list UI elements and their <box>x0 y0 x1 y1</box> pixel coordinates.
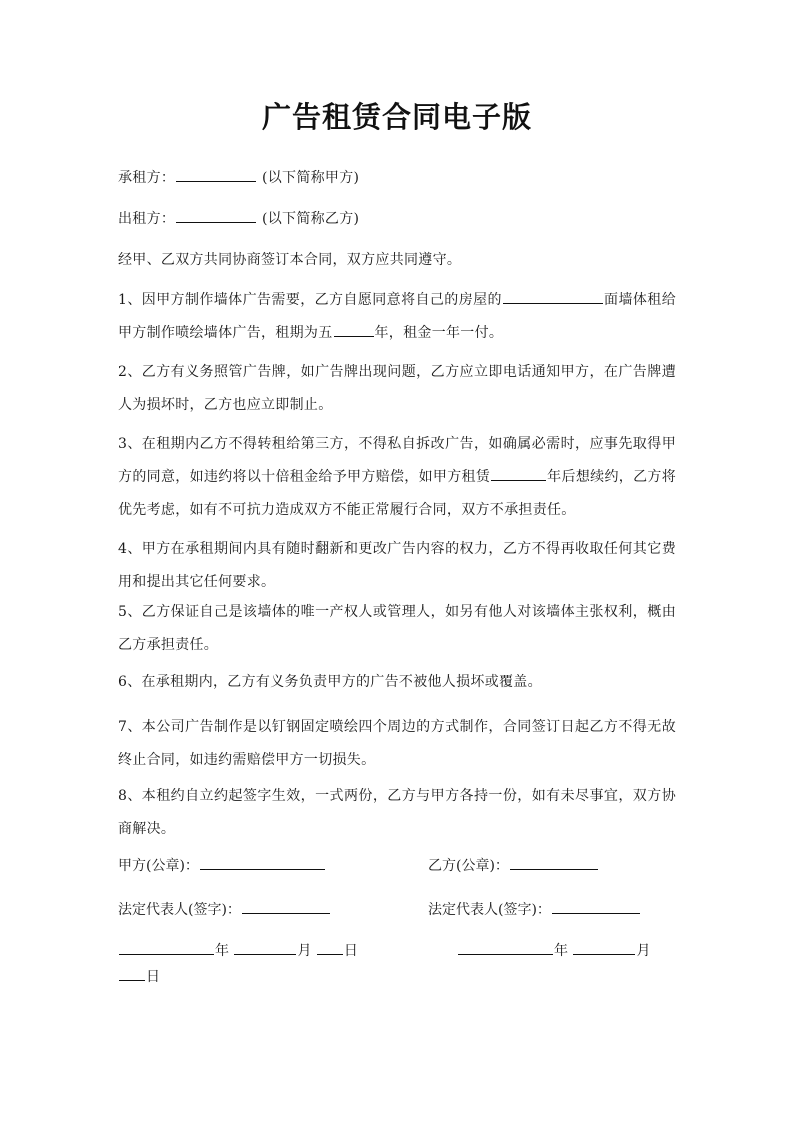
lessee-line: 承租方： (以下简称甲方) <box>118 167 359 188</box>
party-b-seal-blank <box>510 855 598 870</box>
month-label: 月 <box>297 943 311 959</box>
lease-term-blank <box>334 322 374 337</box>
party-b-year-blank <box>458 940 553 955</box>
party-a-year-blank <box>119 940 214 955</box>
document-title: 广告租赁合同电子版 <box>118 95 676 136</box>
party-b-month-blank <box>573 940 635 955</box>
lessee-label: 承租方： <box>118 170 175 186</box>
year-label: 年 <box>215 943 229 959</box>
lessor-note: (以下简称乙方) <box>262 211 359 227</box>
party-b-seal-label: 乙方(公章)： <box>428 858 509 874</box>
party-a-rep-label: 法定代表人(签字)： <box>118 902 241 918</box>
clause-8: 8、本租约自立约起签字生效，一式两份，乙方与甲方各持一份，如有未尽事宜，双方协商… <box>118 780 676 846</box>
party-a-seal-blank <box>200 855 325 870</box>
month-label: 月 <box>636 943 650 959</box>
party-a-seal-label: 甲方(公章)： <box>118 858 199 874</box>
clause-6: 6、在承租期内，乙方有义务负责甲方的广告不被他人损坏或覆盖。 <box>118 666 676 699</box>
clause-1: 1、因甲方制作墙体广告需要，乙方自愿同意将自己的房屋的面墙体租给甲方制作喷绘墙体… <box>118 284 676 350</box>
party-a-day-blank <box>317 940 343 955</box>
clause-5: 5、乙方保证自己是该墙体的唯一产权人或管理人，如另有他人对该墙体主张权利，概由乙… <box>118 596 676 662</box>
party-a-rep: 法定代表人(签字)： <box>118 899 331 920</box>
party-a-month-blank <box>234 940 296 955</box>
party-a-seal: 甲方(公章)： <box>118 855 326 876</box>
clause-1-text-a: 1、因甲方制作墙体广告需要，乙方自愿同意将自己的房屋的 <box>118 292 502 308</box>
lessor-line: 出租方： (以下简称乙方) <box>118 208 359 229</box>
day-label: 日 <box>344 943 358 959</box>
clause-7: 7、本公司广告制作是以钉钢固定喷绘四个周边的方式制作，合同签订日起乙方不得无故终… <box>118 711 676 777</box>
party-a-rep-blank <box>242 899 330 914</box>
lessor-blank <box>176 208 256 223</box>
clause-1-text-c: 年，租金一年一付。 <box>375 325 504 341</box>
clause-2: 2、乙方有义务照管广告牌，如广告牌出现问题，乙方应立即电话通知甲方，在广告牌遭人… <box>118 356 676 422</box>
party-b-rep: 法定代表人(签字)： <box>428 899 641 920</box>
party-b-date: 年 月 <box>457 940 650 961</box>
party-b-rep-label: 法定代表人(签字)： <box>428 902 551 918</box>
party-b-rep-blank <box>552 899 640 914</box>
preamble: 经甲、乙双方共同协商签订本合同，双方应共同遵守。 <box>118 250 461 270</box>
day-label: 日 <box>146 969 160 985</box>
lessor-label: 出租方： <box>118 211 175 227</box>
party-b-day: 日 <box>118 966 160 987</box>
clause-4: 4、甲方在承租期间内具有随时翻新和更改广告内容的权力，乙方不得再收取任何其它费用… <box>118 533 676 599</box>
clause-3: 3、在租期内乙方不得转租给第三方，不得私自拆改广告，如确属必需时，应事先取得甲方… <box>118 428 676 527</box>
party-b-seal: 乙方(公章)： <box>428 855 599 876</box>
party-a-date: 年 月 日 <box>118 940 358 961</box>
lessee-blank <box>176 167 256 182</box>
renewal-years-blank <box>491 466 546 481</box>
wall-face-blank <box>503 289 603 304</box>
party-b-day-blank <box>119 966 145 981</box>
year-label: 年 <box>554 943 568 959</box>
lessee-note: (以下简称甲方) <box>262 170 359 186</box>
